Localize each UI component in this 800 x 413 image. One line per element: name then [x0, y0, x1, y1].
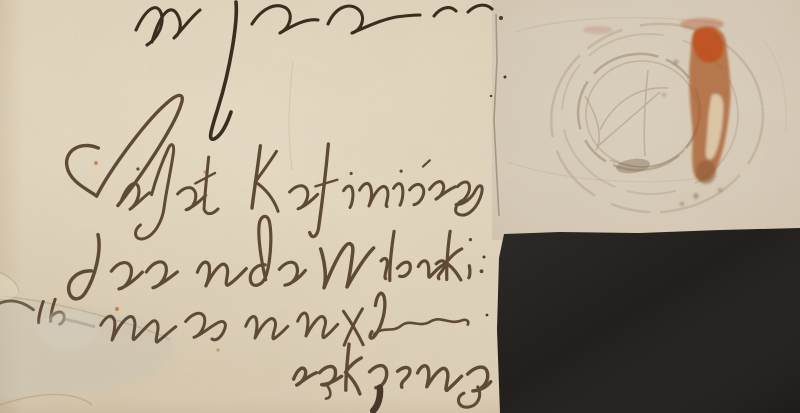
manuscript-photo: (cropped line of handwriting, partly ill…	[0, 0, 800, 413]
film-grain	[0, 0, 800, 413]
manuscript-artwork	[0, 0, 800, 413]
